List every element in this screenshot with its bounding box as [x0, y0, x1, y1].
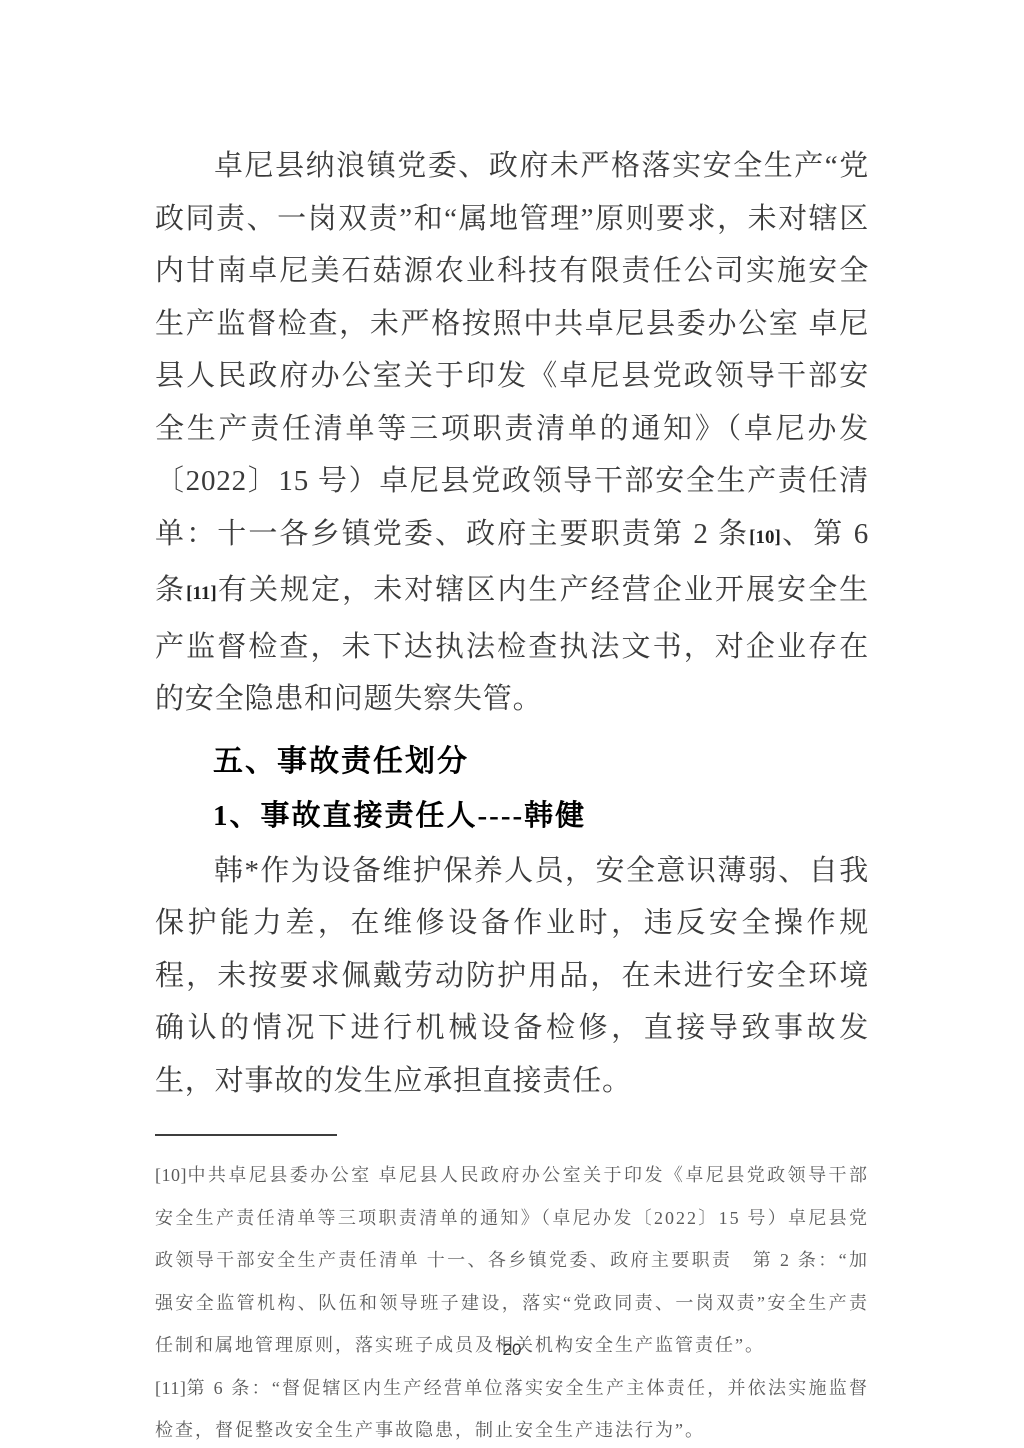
- footnote-11-text: 第 6 条：“督促辖区内生产经营单位落实安全生产主体责任，并依法实施监督检查，督…: [155, 1378, 869, 1441]
- footnote-11: [11]第 6 条：“督促辖区内生产经营单位落实安全生产主体责任，并依法实施监督…: [155, 1367, 869, 1448]
- footnote-ref-11: [11]: [186, 583, 217, 604]
- footnote-11-marker: [11]: [155, 1378, 186, 1398]
- page-content: 卓尼县纳浪镇党委、政府未严格落实安全生产“党政同责、一岗双责”和“属地管理”原则…: [155, 140, 869, 1448]
- subsection-heading: 1、事故直接责任人----韩健: [155, 790, 869, 842]
- section-heading: 五、事故责任划分: [155, 736, 869, 788]
- footnote-10: [10]中共卓尼县委办公室 卓尼县人民政府办公室关于印发《卓尼县党政领导干部安全…: [155, 1154, 869, 1367]
- document-page: 卓尼县纳浪镇党委、政府未严格落实安全生产“党政同责、一岗双责”和“属地管理”原则…: [0, 0, 1024, 1448]
- body-paragraph-2: 韩*作为设备维护保养人员，安全意识薄弱、自我保护能力差，在维修设备作业时，违反安…: [155, 845, 869, 1108]
- footnote-10-text: 中共卓尼县委办公室 卓尼县人民政府办公室关于印发《卓尼县党政领导干部安全生产责任…: [155, 1165, 869, 1355]
- footnote-ref-10: [10]: [749, 527, 781, 548]
- body-paragraph-1: 卓尼县纳浪镇党委、政府未严格落实安全生产“党政同责、一岗双责”和“属地管理”原则…: [155, 140, 869, 726]
- paragraph-1-text-c: 有关规定，未对辖区内生产经营企业开展安全生产监督检查，未下达执法检查执法文书，对…: [155, 574, 869, 715]
- paragraph-1-text-a: 卓尼县纳浪镇党委、政府未严格落实安全生产“党政同责、一岗双责”和“属地管理”原则…: [155, 150, 869, 550]
- page-number: 20: [0, 1340, 1024, 1360]
- footnote-10-marker: [10]: [155, 1165, 187, 1185]
- footnote-separator: [155, 1134, 337, 1136]
- footnotes-section: [10]中共卓尼县委办公室 卓尼县人民政府办公室关于印发《卓尼县党政领导干部安全…: [155, 1154, 869, 1448]
